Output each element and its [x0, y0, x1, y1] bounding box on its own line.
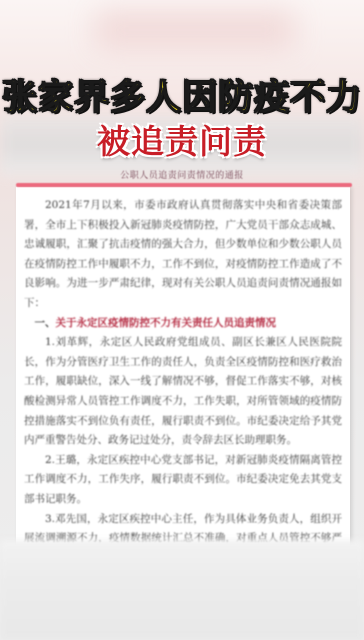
section-number: 一、: [35, 317, 56, 329]
bottom-blur-overlay: [0, 540, 364, 640]
intro-paragraph: 2021年7月以来，市委市政府认真贯彻落实中央和省委决策部署，全市上下积极投入新…: [24, 196, 342, 314]
section-heading: 一、关于永定区疫情防控不力有关责任人员追责情况: [24, 314, 342, 334]
section-title: 关于永定区疫情防控不力有关责任人员追责情况: [56, 317, 277, 329]
background-blur-shape: [95, 10, 295, 50]
accountability-item-2: 2.王璐，永定区疾控中心党支部书记，对新冠肺炎疫情隔离管控工作调度不力，工作失序…: [24, 451, 342, 510]
headline-line-2: 被追责问责: [0, 122, 364, 162]
document-subtitle: 公职人员追责问责情况的通报: [0, 168, 364, 181]
document-header-rule: [16, 183, 352, 187]
accountability-item-1: 1.刘革辉，永定区人民政府党组成员、副区长兼区人民医院院长，作为分管医疗卫生工作…: [24, 333, 342, 451]
headline-line-1: 张家界多人因防疫不力: [0, 78, 364, 118]
